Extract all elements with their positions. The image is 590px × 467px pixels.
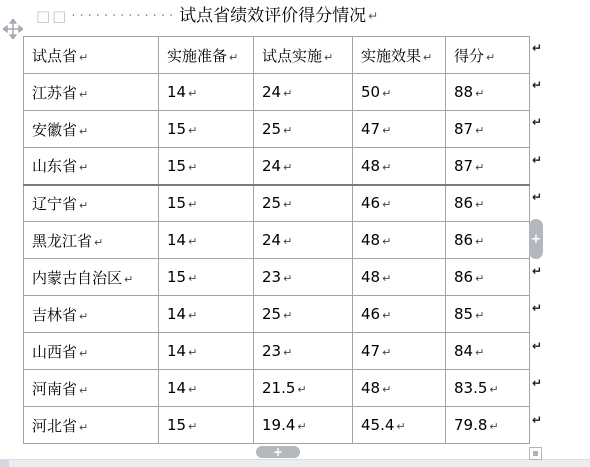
cell-end-mark-icon: ↵ <box>124 273 133 286</box>
cell-end-mark-icon: ↵ <box>188 309 197 322</box>
table-cell[interactable]: 21.5↵ <box>254 370 353 407</box>
cell-end-mark-icon: ↵ <box>382 383 391 396</box>
cell-end-mark-icon: ↵ <box>283 309 292 322</box>
cell-end-mark-icon: ↵ <box>283 235 292 248</box>
cell-text: 15 <box>167 416 186 434</box>
row-end-mark-icon: ↵ <box>532 259 546 296</box>
cell-text: 河南省 <box>32 380 77 398</box>
cell-end-mark-icon: ↵ <box>283 272 292 285</box>
cell-text: 15 <box>167 157 186 175</box>
cell-end-mark-icon: ↵ <box>423 51 432 64</box>
cell-end-mark-icon: ↵ <box>188 161 197 174</box>
cell-text: 试点省 <box>32 47 77 65</box>
cell-end-mark-icon: ↵ <box>382 346 391 359</box>
cell-text: 山东省 <box>32 157 77 175</box>
table-cell[interactable]: 46↵ <box>353 296 446 333</box>
table-cell[interactable]: 50↵ <box>353 74 446 111</box>
cell-end-mark-icon: ↵ <box>188 383 197 396</box>
cell-text: 48 <box>361 231 380 249</box>
table-cell[interactable]: 吉林省↵ <box>24 296 159 333</box>
table-cell[interactable]: 14↵ <box>159 296 254 333</box>
table-cell[interactable]: 25↵ <box>254 111 353 148</box>
cell-end-mark-icon: ↵ <box>382 235 391 248</box>
table-cell[interactable]: 47↵ <box>353 111 446 148</box>
cell-text: 21.5 <box>262 379 295 397</box>
table-cell[interactable]: 48↵ <box>353 259 446 296</box>
table-cell[interactable]: 19.4↵ <box>254 407 353 444</box>
table-cell[interactable]: 15↵ <box>159 259 254 296</box>
cell-end-mark-icon: ↵ <box>475 309 484 322</box>
cell-text: 山西省 <box>32 343 77 361</box>
table-resize-handle-icon[interactable] <box>529 447 542 460</box>
cell-text: 15 <box>167 120 186 138</box>
cell-text: 87 <box>454 157 473 175</box>
cell-end-mark-icon: ↵ <box>475 198 484 211</box>
table-cell[interactable]: 45.4↵ <box>353 407 446 444</box>
row-end-mark-icon: ↵ <box>532 408 546 445</box>
cell-end-mark-icon: ↵ <box>79 51 88 64</box>
table-row: 吉林省↵14↵25↵46↵85↵ <box>24 296 530 333</box>
cell-end-mark-icon: ↵ <box>324 51 333 64</box>
header-cell[interactable]: 得分↵ <box>446 37 530 74</box>
row-end-mark-icon: ↵ <box>532 334 546 371</box>
space-dot-marks: ············· <box>71 10 177 23</box>
header-row: 试点省↵实施准备↵试点实施↵实施效果↵得分↵ <box>24 37 530 74</box>
cell-text: 86 <box>454 268 473 286</box>
document-page: □□ ············· 试点省绩效评价得分情况 ↵ 试点省↵实施准备↵… <box>0 0 590 467</box>
cell-text: 84 <box>454 342 473 360</box>
table-cell[interactable]: 24↵ <box>254 222 353 259</box>
table-row: 河南省↵14↵21.5↵48↵83.5↵ <box>24 370 530 407</box>
table-row: 辽宁省↵15↵25↵46↵86↵ <box>24 185 530 222</box>
cell-end-mark-icon: ↵ <box>79 347 88 360</box>
cell-text: 86 <box>454 194 473 212</box>
table-cell[interactable]: 14↵ <box>159 74 254 111</box>
table-cell[interactable]: 黑龙江省↵ <box>24 222 159 259</box>
cell-end-mark-icon: ↵ <box>188 87 197 100</box>
cell-text: 83.5 <box>454 379 487 397</box>
table-cell[interactable]: 河南省↵ <box>24 370 159 407</box>
cell-end-mark-icon: ↵ <box>79 199 88 212</box>
cell-text: 15 <box>167 268 186 286</box>
cell-text: 14 <box>167 305 186 323</box>
table-cell[interactable]: 山西省↵ <box>24 333 159 370</box>
cell-text: 86 <box>454 231 473 249</box>
scrollbar-left-segment <box>0 460 9 467</box>
table-row: 安徽省↵15↵25↵47↵87↵ <box>24 111 530 148</box>
table-cell[interactable]: 15↵ <box>159 111 254 148</box>
cell-text: 内蒙古自治区 <box>32 269 122 287</box>
row-end-mark-icon: ↵ <box>532 371 546 408</box>
cell-end-mark-icon: ↵ <box>79 125 88 138</box>
row-end-mark-icon: ↵ <box>532 73 546 110</box>
cell-end-mark-icon: ↵ <box>396 420 405 433</box>
table-cell[interactable]: 83.5↵ <box>446 370 530 407</box>
cell-end-mark-icon: ↵ <box>283 124 292 137</box>
row-end-mark-icon: ↵ <box>532 36 546 73</box>
cell-end-mark-icon: ↵ <box>229 51 238 64</box>
cell-end-mark-icon: ↵ <box>188 272 197 285</box>
table-cell[interactable]: 15↵ <box>159 185 254 222</box>
cell-text: 辽宁省 <box>32 195 77 213</box>
cell-end-mark-icon: ↵ <box>297 383 306 396</box>
cell-text: 23 <box>262 268 281 286</box>
cell-text: 50 <box>361 83 380 101</box>
cell-text: 14 <box>167 83 186 101</box>
cell-end-mark-icon: ↵ <box>475 124 484 137</box>
cell-end-mark-icon: ↵ <box>188 124 197 137</box>
cell-end-mark-icon: ↵ <box>79 384 88 397</box>
cell-end-mark-icon: ↵ <box>283 346 292 359</box>
add-column-button[interactable]: + <box>529 219 543 259</box>
row-end-mark-icon: ↵ <box>532 148 546 185</box>
cell-end-mark-icon: ↵ <box>475 161 484 174</box>
table-cell[interactable]: 15↵ <box>159 407 254 444</box>
fullwidth-space-marks: □□ <box>36 9 68 24</box>
table-cell[interactable]: 79.8↵ <box>446 407 530 444</box>
table-cell[interactable]: 14↵ <box>159 333 254 370</box>
table-cell[interactable]: 15↵ <box>159 148 254 185</box>
cell-text: 79.8 <box>454 416 487 434</box>
cell-text: 46 <box>361 194 380 212</box>
table-cell[interactable]: 87↵ <box>446 111 530 148</box>
cell-text: 实施效果 <box>361 47 421 65</box>
header-cell[interactable]: 实施效果↵ <box>353 37 446 74</box>
header-cell[interactable]: 实施准备↵ <box>159 37 254 74</box>
cell-text: 19.4 <box>262 416 295 434</box>
table-row: 河北省↵15↵19.4↵45.4↵79.8↵ <box>24 407 530 444</box>
table-cell[interactable]: 24↵ <box>254 148 353 185</box>
table-cell[interactable]: 14↵ <box>159 222 254 259</box>
table-row: 黑龙江省↵14↵24↵48↵86↵ <box>24 222 530 259</box>
cell-text: 14 <box>167 231 186 249</box>
paragraph-mark-icon: ↵ <box>368 10 378 22</box>
cell-text: 15 <box>167 194 186 212</box>
cell-text: 85 <box>454 305 473 323</box>
cell-end-mark-icon: ↵ <box>486 51 495 64</box>
cell-end-mark-icon: ↵ <box>283 198 292 211</box>
cell-text: 47 <box>361 342 380 360</box>
table-row: 山东省↵15↵24↵48↵87↵ <box>24 148 530 185</box>
cell-text: 25 <box>262 305 281 323</box>
cell-text: 河北省 <box>32 417 77 435</box>
horizontal-scrollbar-track[interactable] <box>0 459 590 467</box>
table-row: 江苏省↵14↵24↵50↵88↵ <box>24 74 530 111</box>
cell-end-mark-icon: ↵ <box>283 161 292 174</box>
cell-text: 88 <box>454 83 473 101</box>
resize-handle-inner-square <box>533 451 538 456</box>
cell-text: 得分 <box>454 47 484 65</box>
cell-end-mark-icon: ↵ <box>475 346 484 359</box>
cell-text: 48 <box>361 268 380 286</box>
table-cell[interactable]: 86↵ <box>446 185 530 222</box>
page-title: 试点省绩效评价得分情况 <box>179 6 366 26</box>
cell-text: 实施准备 <box>167 47 227 65</box>
score-table: 试点省↵实施准备↵试点实施↵实施效果↵得分↵江苏省↵14↵24↵50↵88↵安徽… <box>23 36 530 444</box>
header-cell[interactable]: 试点省↵ <box>24 37 159 74</box>
cell-end-mark-icon: ↵ <box>188 346 197 359</box>
document-title-line[interactable]: □□ ············· 试点省绩效评价得分情况 ↵ <box>36 4 378 28</box>
table-cell[interactable]: 25↵ <box>254 296 353 333</box>
cell-end-mark-icon: ↵ <box>382 161 391 174</box>
cell-end-mark-icon: ↵ <box>382 272 391 285</box>
table-cell[interactable]: 48↵ <box>353 148 446 185</box>
cell-text: 吉林省 <box>32 306 77 324</box>
cell-end-mark-icon: ↵ <box>79 310 88 323</box>
table-move-handle-icon[interactable] <box>3 19 23 39</box>
cell-text: 25 <box>262 194 281 212</box>
cell-end-mark-icon: ↵ <box>382 124 391 137</box>
cell-end-mark-icon: ↵ <box>489 420 498 433</box>
table-row: 山西省↵14↵23↵47↵84↵ <box>24 333 530 370</box>
cell-end-mark-icon: ↵ <box>79 161 88 174</box>
cell-text: 24 <box>262 157 281 175</box>
cell-text: 14 <box>167 342 186 360</box>
table-cell[interactable]: 河北省↵ <box>24 407 159 444</box>
cell-end-mark-icon: ↵ <box>475 87 484 100</box>
cell-end-mark-icon: ↵ <box>382 309 391 322</box>
cell-end-mark-icon: ↵ <box>79 421 88 434</box>
cell-end-mark-icon: ↵ <box>475 235 484 248</box>
row-end-mark-icon: ↵ <box>532 296 546 333</box>
table-cell[interactable]: 48↵ <box>353 370 446 407</box>
cell-text: 87 <box>454 120 473 138</box>
row-end-mark-icon: ↵ <box>532 185 546 222</box>
table-cell[interactable]: 辽宁省↵ <box>24 185 159 222</box>
cell-text: 24 <box>262 83 281 101</box>
table-cell[interactable]: 25↵ <box>254 185 353 222</box>
table-cell[interactable]: 87↵ <box>446 148 530 185</box>
table-cell[interactable]: 84↵ <box>446 333 530 370</box>
cell-end-mark-icon: ↵ <box>94 236 103 249</box>
cell-text: 48 <box>361 157 380 175</box>
cell-text: 试点实施 <box>262 47 322 65</box>
table-cell[interactable]: 46↵ <box>353 185 446 222</box>
cell-end-mark-icon: ↵ <box>283 87 292 100</box>
cell-end-mark-icon: ↵ <box>188 420 197 433</box>
table-cell[interactable]: 江苏省↵ <box>24 74 159 111</box>
cell-text: 24 <box>262 231 281 249</box>
table-cell[interactable]: 14↵ <box>159 370 254 407</box>
cell-end-mark-icon: ↵ <box>188 235 197 248</box>
table-cell[interactable]: 内蒙古自治区↵ <box>24 259 159 296</box>
table-cell[interactable]: 安徽省↵ <box>24 111 159 148</box>
cell-text: 48 <box>361 379 380 397</box>
cell-text: 23 <box>262 342 281 360</box>
cell-end-mark-icon: ↵ <box>475 272 484 285</box>
table-cell[interactable]: 48↵ <box>353 222 446 259</box>
cell-text: 14 <box>167 379 186 397</box>
cell-end-mark-icon: ↵ <box>382 87 391 100</box>
table-cell[interactable]: 88↵ <box>446 74 530 111</box>
table-cell[interactable]: 山东省↵ <box>24 148 159 185</box>
table-cell[interactable]: 24↵ <box>254 74 353 111</box>
cell-end-mark-icon: ↵ <box>79 88 88 101</box>
cell-end-mark-icon: ↵ <box>188 198 197 211</box>
table-cell[interactable]: 85↵ <box>446 296 530 333</box>
cell-text: 安徽省 <box>32 121 77 139</box>
table-cell[interactable]: 86↵ <box>446 259 530 296</box>
cell-text: 47 <box>361 120 380 138</box>
cell-text: 25 <box>262 120 281 138</box>
cell-text: 45.4 <box>361 416 394 434</box>
cell-text: 46 <box>361 305 380 323</box>
cell-text: 黑龙江省 <box>32 232 92 250</box>
table-cell[interactable]: 23↵ <box>254 333 353 370</box>
cell-end-mark-icon: ↵ <box>297 420 306 433</box>
row-end-mark-icon: ↵ <box>532 110 546 147</box>
table-cell[interactable]: 47↵ <box>353 333 446 370</box>
header-cell[interactable]: 试点实施↵ <box>254 37 353 74</box>
add-row-button[interactable]: + <box>256 446 300 458</box>
table-cell[interactable]: 86↵ <box>446 222 530 259</box>
table-cell[interactable]: 23↵ <box>254 259 353 296</box>
table-row: 内蒙古自治区↵15↵23↵48↵86↵ <box>24 259 530 296</box>
cell-end-mark-icon: ↵ <box>382 198 391 211</box>
cell-end-mark-icon: ↵ <box>489 383 498 396</box>
cell-text: 江苏省 <box>32 84 77 102</box>
